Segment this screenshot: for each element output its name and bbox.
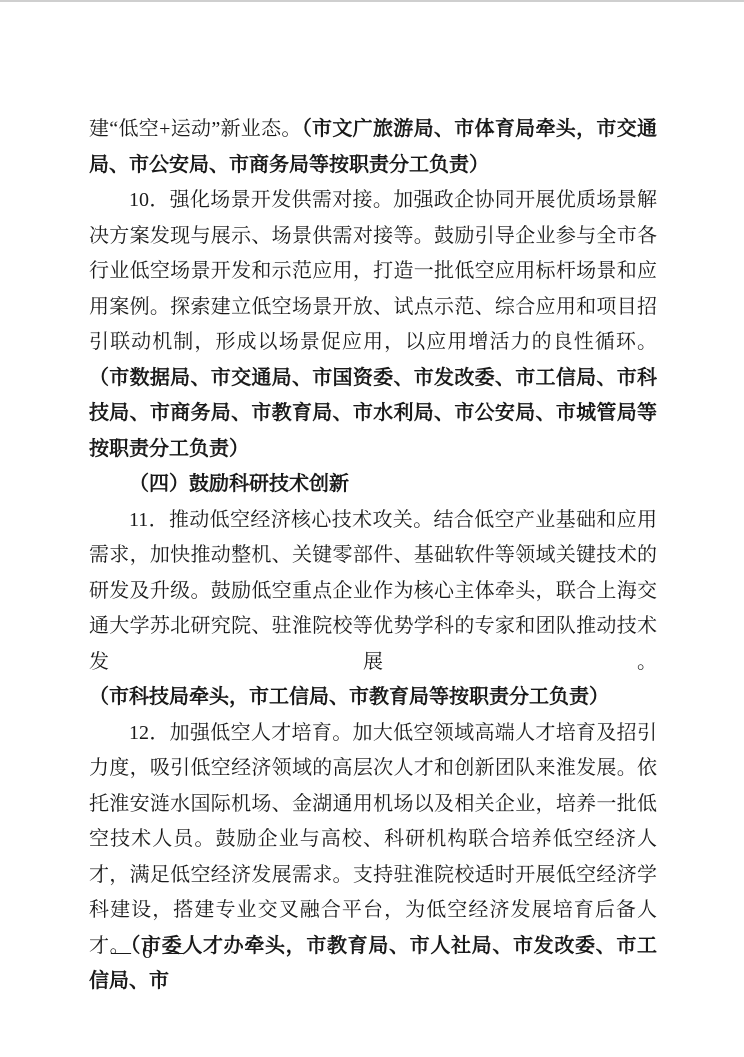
footer-dash-left: — (111, 941, 131, 963)
page-number: 6 (142, 938, 152, 966)
body-text: 12．加强低空人才培育。加大低空领域高端人才培育及招引力度，吸引低空经济领域的高… (89, 722, 657, 957)
emphasis-text: （市数据局、市交通局、市国资委、市发改委、市工信局、市科技局、市商务局、市教育局… (89, 367, 657, 460)
emphasis-text: （市科技局牵头，市工信局、市教育局等按职责分工负责） (89, 686, 609, 708)
document-page: 建“低空+运动”新业态。（市文广旅游局、市体育局牵头，市交通局、市公安局、市商务… (0, 0, 744, 1057)
body-text: 建“低空+运动”新业态。 (89, 118, 302, 140)
section-heading-four: （四）鼓励科研技术创新 (89, 467, 657, 503)
scan-edge-artifact (0, 0, 744, 2)
document-body: 建“低空+运动”新业态。（市文广旅游局、市体育局牵头，市交通局、市公安局、市商务… (89, 112, 657, 1000)
paragraph-10: 10．强化场景开发供需对接。加强政企协同开展优质场景解决方案发现与展示、场景供需… (89, 183, 657, 467)
page-footer: —6— (111, 938, 183, 966)
paragraph-11: 11．推动低空经济核心技术攻关。结合低空产业基础和应用需求，加快推动整机、关键零… (89, 503, 657, 716)
paragraph-9-continued: 建“低空+运动”新业态。（市文广旅游局、市体育局牵头，市交通局、市公安局、市商务… (89, 112, 657, 183)
body-text: 11．推动低空经济核心技术攻关。结合低空产业基础和应用需求，加快推动整机、关键零… (89, 509, 657, 673)
body-text: 10．强化场景开发供需对接。加强政企协同开展优质场景解决方案发现与展示、场景供需… (89, 189, 657, 353)
emphasis-text: （四）鼓励科研技术创新 (129, 473, 349, 495)
footer-dash-right: — (163, 941, 183, 963)
